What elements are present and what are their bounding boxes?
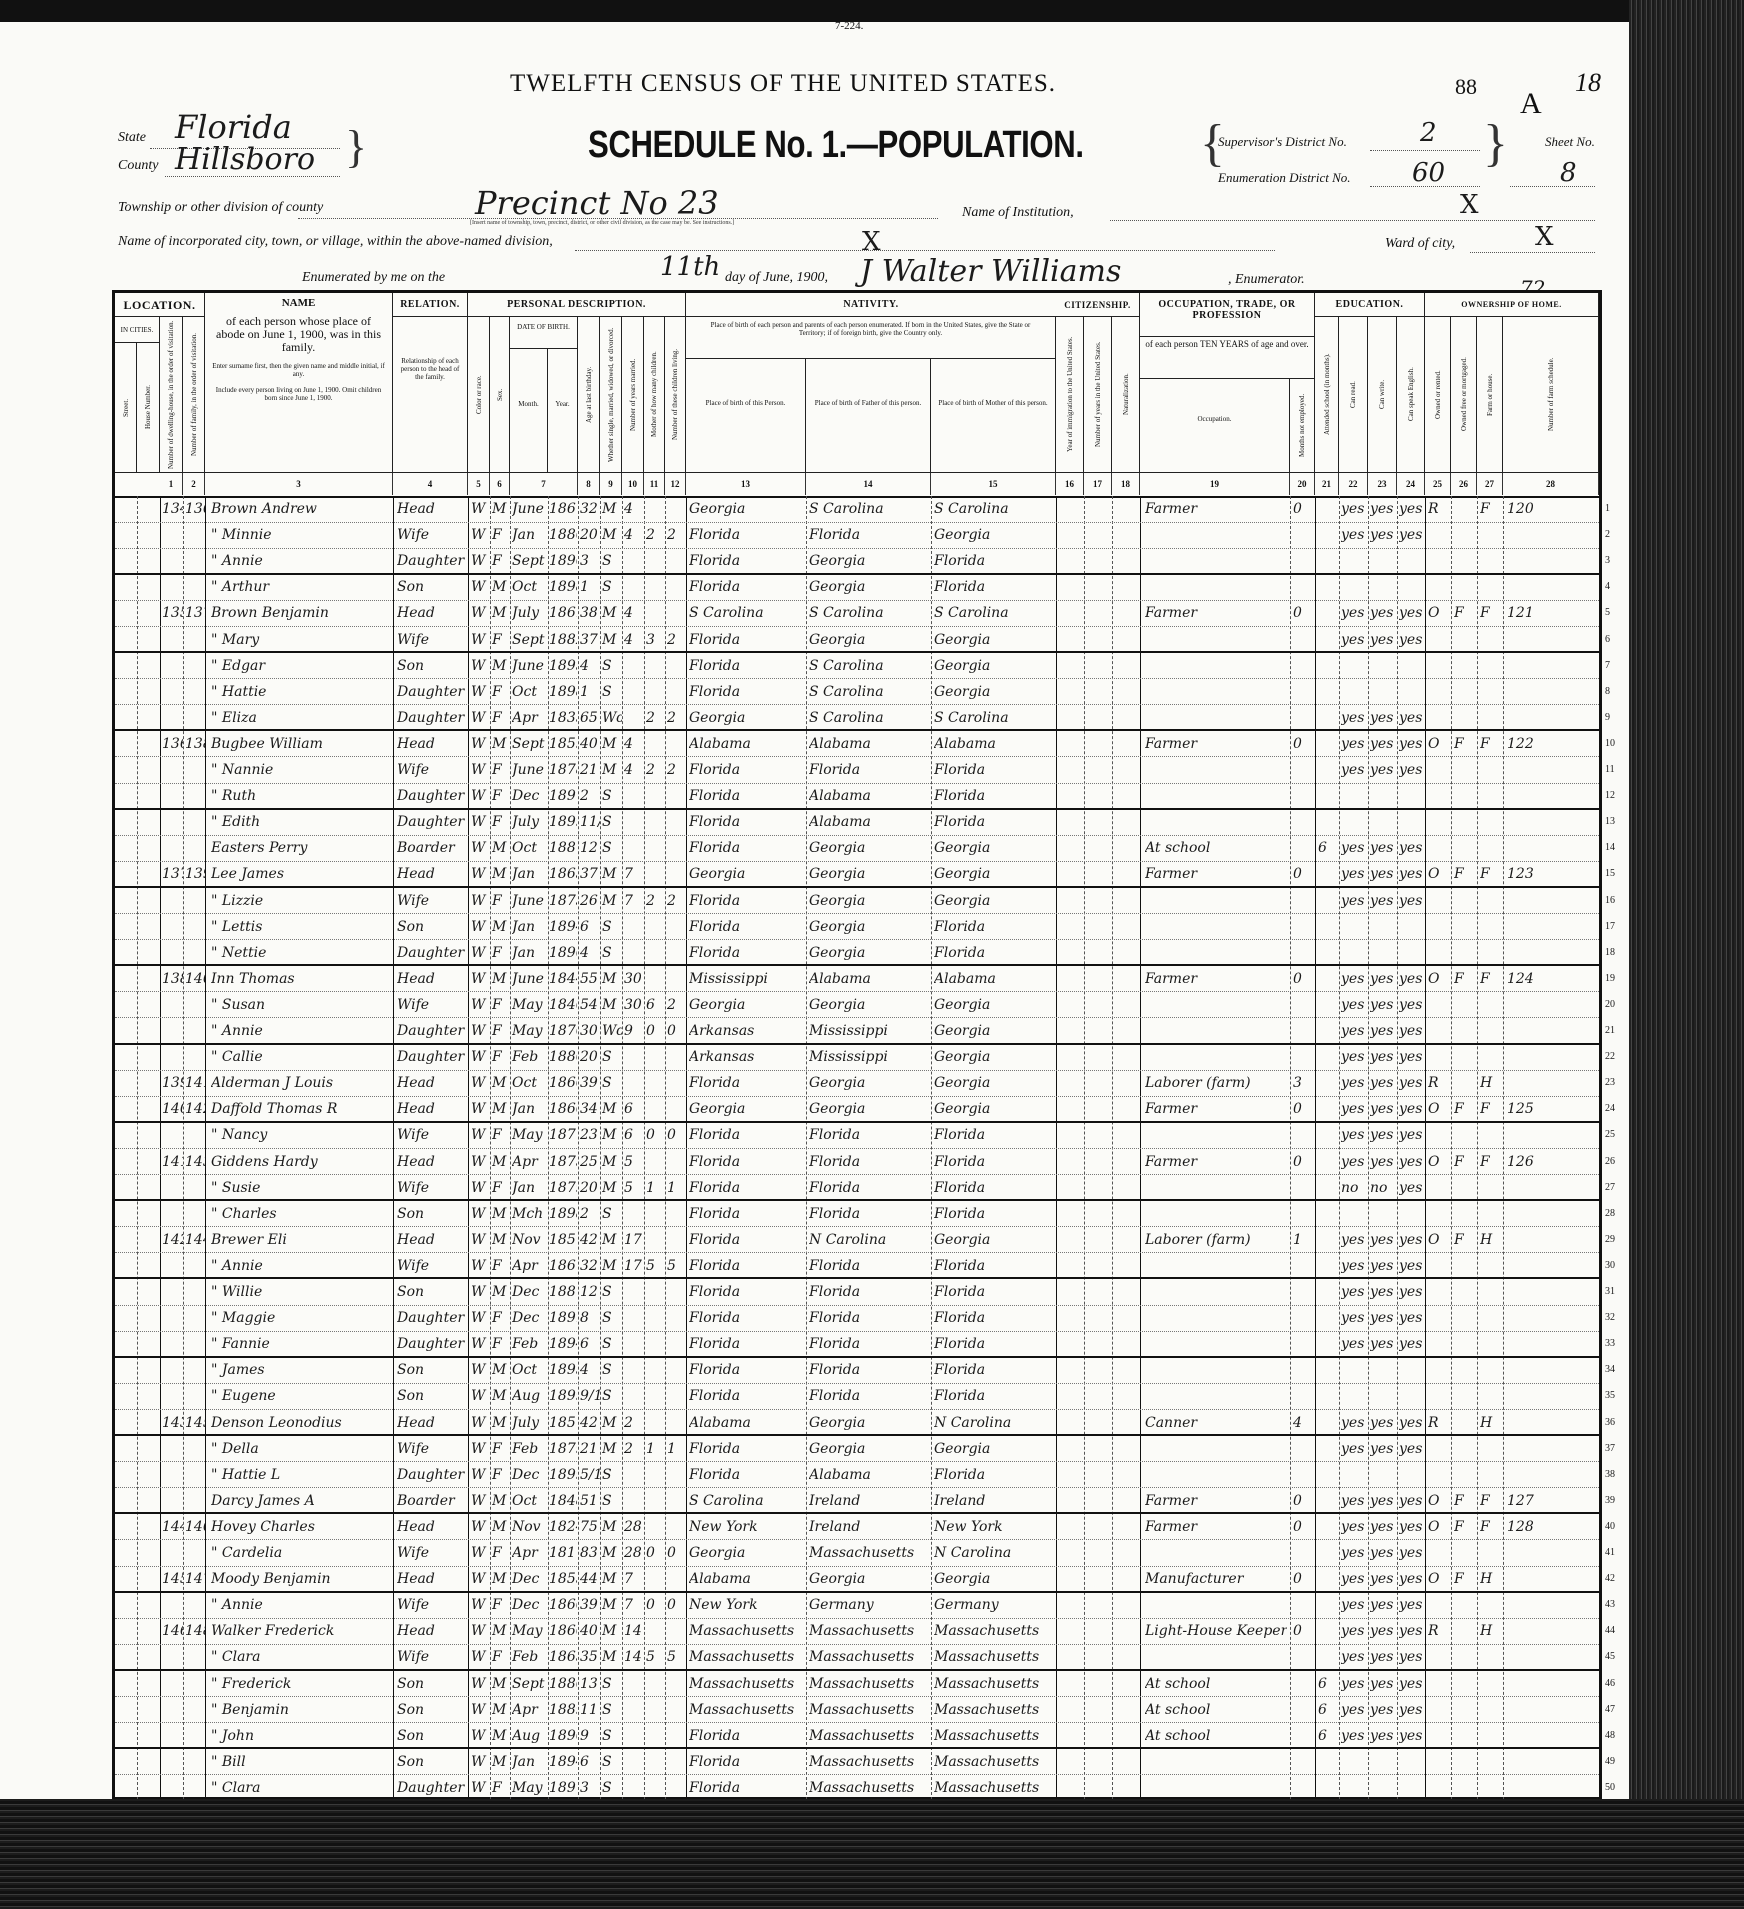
cell-month: June <box>512 888 547 914</box>
cell-farm <box>1480 783 1502 809</box>
cell-month: Aug <box>512 1383 547 1409</box>
header-family-number: Number of family, in the order of visita… <box>190 317 198 472</box>
cell-relation: Daughter <box>397 548 467 574</box>
cell-name: " Willie <box>211 1279 391 1305</box>
cell-sex: M <box>492 966 509 992</box>
cell-name: " Eliza <box>211 705 391 731</box>
table-row: " MaggieDaughterWFDec18918SFloridaFlorid… <box>115 1305 1599 1332</box>
header-mother-of: Mother of how many children. <box>650 317 658 472</box>
cell-schedule <box>1507 1331 1597 1357</box>
cell-speak: yes <box>1399 1305 1425 1331</box>
line-number: 43 <box>1605 1592 1625 1618</box>
cell-month: Dec <box>512 1305 547 1331</box>
cell-father: Massachusetts <box>809 1775 929 1801</box>
cell-living <box>667 1331 685 1357</box>
cell-living <box>667 1383 685 1409</box>
cell-occupation <box>1145 1540 1287 1566</box>
cell-yrs-married: 7 <box>624 1592 644 1618</box>
cell-birth: Mississippi <box>689 966 805 992</box>
header-year: Year. <box>548 349 578 473</box>
cell-birth: Georgia <box>689 705 805 731</box>
cell-occupation <box>1145 992 1287 1018</box>
cell-schedule <box>1507 1566 1597 1592</box>
cell-family <box>185 992 205 1018</box>
cell-mother: Georgia <box>934 835 1054 861</box>
cell-occupation <box>1145 888 1287 914</box>
cell-month: Dec <box>512 1279 547 1305</box>
cell-mother: Massachusetts <box>934 1644 1054 1670</box>
cell-free: F <box>1454 1096 1476 1122</box>
cell-owned <box>1428 1122 1450 1148</box>
cell-read <box>1341 1775 1368 1801</box>
cell-marital: S <box>602 1201 622 1227</box>
cell-school <box>1318 783 1338 809</box>
cell-name: Inn Thomas <box>211 966 391 992</box>
cell-mother: Florida <box>934 1357 1054 1383</box>
ward-label: Ward of city, <box>1385 236 1455 252</box>
cell-yrs-married: 14 <box>624 1618 644 1644</box>
cell-father: Georgia <box>809 861 929 887</box>
cell-school: 6 <box>1318 1697 1338 1723</box>
cell-birth: Florida <box>689 522 805 548</box>
cell-marital: M <box>602 496 622 522</box>
cell-schedule: 121 <box>1507 600 1597 626</box>
cell-marital: S <box>602 1671 622 1697</box>
cell-mother-of <box>646 861 664 887</box>
cell-relation: Daughter <box>397 809 467 835</box>
cell-color: W <box>471 1357 489 1383</box>
cell-year: 1867 <box>549 1253 577 1279</box>
cell-sex: M <box>492 1383 509 1409</box>
cell-schedule <box>1507 1279 1597 1305</box>
cell-occupation <box>1145 1644 1287 1670</box>
cell-living <box>667 1462 685 1488</box>
cell-living <box>667 783 685 809</box>
cell-age: 11 <box>580 1697 600 1723</box>
county-value: Hillsboro <box>175 142 315 177</box>
cell-occupation <box>1145 914 1287 940</box>
cell-relation: Son <box>397 1279 467 1305</box>
header-birth-mother: Place of birth of Mother of this person. <box>931 359 1056 473</box>
cell-speak: yes <box>1399 1488 1425 1514</box>
cell-month: Sept <box>512 1671 547 1697</box>
cell-month: July <box>512 600 547 626</box>
cell-schedule <box>1507 548 1597 574</box>
cell-month: Sept <box>512 731 547 757</box>
cell-father: Massachusetts <box>809 1618 929 1644</box>
cell-farm <box>1480 574 1502 600</box>
cell-living <box>667 1201 685 1227</box>
table-row: " NettieDaughterWFJan18964SFloridaGeorgi… <box>115 940 1599 967</box>
cell-name: " Nannie <box>211 757 391 783</box>
cell-yrs-married <box>624 1070 644 1096</box>
cell-school <box>1318 1201 1338 1227</box>
cell-marital: S <box>602 1723 622 1749</box>
cell-unemployed <box>1293 627 1313 653</box>
cell-family <box>185 1175 205 1201</box>
cell-speak: yes <box>1399 1279 1425 1305</box>
line-number: 21 <box>1605 1018 1625 1044</box>
table-row: " HattieDaughterWFOct18981SFloridaS Caro… <box>115 679 1599 706</box>
cell-occupation: Farmer <box>1145 1514 1287 1540</box>
line-number: 38 <box>1605 1462 1625 1488</box>
cell-schedule <box>1507 1592 1597 1618</box>
cell-farm: F <box>1480 600 1502 626</box>
cell-schedule: 120 <box>1507 496 1597 522</box>
cell-father: Alabama <box>809 783 929 809</box>
cell-father: S Carolina <box>809 679 929 705</box>
cell-write: yes <box>1370 835 1397 861</box>
header-education: EDUCATION. <box>1315 293 1425 317</box>
cell-sex: F <box>492 783 509 809</box>
schedule-title: SCHEDULE No. 1.—POPULATION. <box>588 124 1084 167</box>
cell-school <box>1318 1044 1338 1070</box>
cell-read: yes <box>1341 496 1368 522</box>
city-value: X <box>862 227 881 257</box>
institution-value: X <box>1460 190 1479 220</box>
cell-marital: S <box>602 1070 622 1096</box>
cell-yrs-married <box>624 1488 644 1514</box>
cell-father: Georgia <box>809 627 929 653</box>
cell-birth: Florida <box>689 1383 805 1409</box>
cell-read <box>1341 1749 1368 1775</box>
header-free-mortgaged: Owned free or mortgaged. <box>1460 317 1468 472</box>
cell-occupation <box>1145 1279 1287 1305</box>
cell-farm <box>1480 1462 1502 1488</box>
header-can-read: Can read. <box>1349 317 1357 472</box>
cell-occupation <box>1145 574 1287 600</box>
cell-relation: Head <box>397 1227 467 1253</box>
enumeration-value: 60 <box>1412 158 1445 188</box>
cell-read: yes <box>1341 522 1368 548</box>
cell-year: 1835 <box>549 705 577 731</box>
cell-mother: Georgia <box>934 653 1054 679</box>
cell-marital: S <box>602 1305 622 1331</box>
line-number: 45 <box>1605 1644 1625 1670</box>
cell-occupation: At school <box>1145 835 1287 861</box>
cell-occupation <box>1145 1175 1287 1201</box>
cell-year: 1879 <box>549 1436 577 1462</box>
cell-occupation <box>1145 1331 1287 1357</box>
cell-schedule <box>1507 809 1597 835</box>
cell-speak: yes <box>1399 1253 1425 1279</box>
cell-living <box>667 914 685 940</box>
cell-dwelling <box>162 1671 183 1697</box>
cell-occupation <box>1145 757 1287 783</box>
cell-free <box>1454 679 1476 705</box>
cell-color: W <box>471 1540 489 1566</box>
cell-month: Oct <box>512 1070 547 1096</box>
cell-father: Florida <box>809 1253 929 1279</box>
cell-marital: S <box>602 1775 622 1801</box>
cell-age: 42 <box>580 1227 600 1253</box>
cell-write <box>1370 809 1397 835</box>
cell-father: Alabama <box>809 1462 929 1488</box>
cell-name: Giddens Hardy <box>211 1149 391 1175</box>
cell-schedule <box>1507 757 1597 783</box>
cell-unemployed <box>1293 1383 1313 1409</box>
cell-month: Jan <box>512 1175 547 1201</box>
cell-mother-of <box>646 600 664 626</box>
cell-write: yes <box>1370 1253 1397 1279</box>
cell-read: yes <box>1341 1044 1368 1070</box>
cell-relation: Wife <box>397 1175 467 1201</box>
cell-color: W <box>471 1644 489 1670</box>
cell-unemployed <box>1293 1018 1313 1044</box>
cell-family: 142 <box>185 1096 205 1122</box>
supervisor-value: 2 <box>1420 118 1437 148</box>
cell-farm <box>1480 888 1502 914</box>
supervisor-label: Supervisor's District No. <box>1218 134 1347 150</box>
cell-relation: Head <box>397 1149 467 1175</box>
cell-family <box>185 1775 205 1801</box>
cell-month: Jan <box>512 522 547 548</box>
cell-birth: Florida <box>689 1775 805 1801</box>
cell-family: 140 <box>185 966 205 992</box>
cell-year: 1898 <box>549 679 577 705</box>
cell-school: 6 <box>1318 835 1338 861</box>
cell-color: W <box>471 1044 489 1070</box>
cell-birth: Florida <box>689 1122 805 1148</box>
cell-month: Apr <box>512 705 547 731</box>
cell-speak: yes <box>1399 1410 1425 1436</box>
cell-father: Florida <box>809 1149 929 1175</box>
cell-name: " Hattie L <box>211 1462 391 1488</box>
cell-color: W <box>471 861 489 887</box>
cell-free <box>1454 783 1476 809</box>
cell-dwelling <box>162 1644 183 1670</box>
cell-age: 23 <box>580 1122 600 1148</box>
cell-marital: S <box>602 1462 622 1488</box>
cell-free <box>1454 1697 1476 1723</box>
cell-living <box>667 1514 685 1540</box>
cell-yrs-married: 4 <box>624 627 644 653</box>
cell-color: W <box>471 1149 489 1175</box>
cell-mother-of <box>646 1462 664 1488</box>
cell-free <box>1454 627 1476 653</box>
cell-speak: yes <box>1399 1618 1425 1644</box>
cell-sex: F <box>492 627 509 653</box>
cell-read: yes <box>1341 1279 1368 1305</box>
cell-family <box>185 1723 205 1749</box>
cell-month: May <box>512 992 547 1018</box>
cell-family <box>185 809 205 835</box>
header-naturalization: Naturalization. <box>1122 317 1130 472</box>
cell-living <box>667 1775 685 1801</box>
cell-family <box>185 627 205 653</box>
cell-name: " Lizzie <box>211 888 391 914</box>
cell-dwelling <box>162 653 183 679</box>
cell-dwelling <box>162 914 183 940</box>
cell-mother: Georgia <box>934 1436 1054 1462</box>
cell-write <box>1370 548 1397 574</box>
cell-living <box>667 600 685 626</box>
cell-year: 1866 <box>549 1096 577 1122</box>
cell-father: Mississippi <box>809 1018 929 1044</box>
cell-family <box>185 1357 205 1383</box>
cell-school <box>1318 940 1338 966</box>
cell-owned <box>1428 1201 1450 1227</box>
form-number: 7-224. <box>835 20 863 32</box>
cell-unemployed <box>1293 1331 1313 1357</box>
cell-birth: Georgia <box>689 496 805 522</box>
cell-unemployed: 0 <box>1293 966 1313 992</box>
cell-age: 20 <box>580 1175 600 1201</box>
cell-read: yes <box>1341 1488 1368 1514</box>
cell-marital: S <box>602 679 622 705</box>
cell-color: W <box>471 679 489 705</box>
cell-mother: New York <box>934 1514 1054 1540</box>
cell-family <box>185 679 205 705</box>
cell-write: yes <box>1370 627 1397 653</box>
cell-yrs-married: 5 <box>624 1149 644 1175</box>
cell-dwelling <box>162 522 183 548</box>
cell-write: yes <box>1370 496 1397 522</box>
table-row: " MinnieWifeWFJan188020M422FloridaFlorid… <box>115 522 1599 549</box>
cell-unemployed <box>1293 1436 1313 1462</box>
cell-year: 1899 <box>549 1383 577 1409</box>
header-marital: Whether single, married, widowed, or div… <box>607 317 615 472</box>
cell-name: " Hattie <box>211 679 391 705</box>
line-number: 8 <box>1605 679 1625 705</box>
cell-owned: O <box>1428 1149 1450 1175</box>
cell-color: W <box>471 1175 489 1201</box>
cell-marital: M <box>602 627 622 653</box>
cell-sex: M <box>492 574 509 600</box>
cell-year: 1891 <box>549 1305 577 1331</box>
cell-occupation <box>1145 1592 1287 1618</box>
cell-read: yes <box>1341 1618 1368 1644</box>
cell-relation: Wife <box>397 1540 467 1566</box>
cell-relation: Son <box>397 1383 467 1409</box>
cell-living <box>667 1488 685 1514</box>
cell-mother: Georgia <box>934 627 1054 653</box>
line-number: 37 <box>1605 1436 1625 1462</box>
cell-school <box>1318 1096 1338 1122</box>
cell-name: Daffold Thomas R <box>211 1096 391 1122</box>
cell-school <box>1318 548 1338 574</box>
cell-father: Georgia <box>809 1566 929 1592</box>
cell-color: W <box>471 757 489 783</box>
line-number: 6 <box>1605 627 1625 653</box>
cell-occupation: Laborer (farm) <box>1145 1227 1287 1253</box>
cell-dwelling <box>162 757 183 783</box>
cell-dwelling: 143 <box>162 1410 183 1436</box>
line-number: 12 <box>1605 783 1625 809</box>
cell-unemployed <box>1293 705 1313 731</box>
cell-name: " Callie <box>211 1044 391 1070</box>
cell-school <box>1318 809 1338 835</box>
cell-yrs-married <box>624 574 644 600</box>
cell-yrs-married <box>624 1357 644 1383</box>
table-row: Darcy James ABoarderWMOct184851SS Caroli… <box>115 1488 1599 1515</box>
cell-school <box>1318 1227 1338 1253</box>
cell-free <box>1454 1775 1476 1801</box>
enumerated-day: 11th <box>660 252 720 282</box>
cell-schedule <box>1507 835 1597 861</box>
cell-speak: yes <box>1399 1514 1425 1540</box>
cell-living <box>667 1044 685 1070</box>
cell-father: Georgia <box>809 1436 929 1462</box>
table-row: " Hattie LDaughterWFDec18995/12SFloridaA… <box>115 1462 1599 1489</box>
cell-unemployed <box>1293 1279 1313 1305</box>
cell-age: 37 <box>580 861 600 887</box>
cell-marital: S <box>602 1044 622 1070</box>
cell-year: 1894 <box>549 1331 577 1357</box>
cell-speak: yes <box>1399 1697 1425 1723</box>
cell-sex: F <box>492 888 509 914</box>
cell-unemployed <box>1293 940 1313 966</box>
cell-farm <box>1480 548 1502 574</box>
cell-owned <box>1428 1305 1450 1331</box>
cell-unemployed <box>1293 1723 1313 1749</box>
cell-year: 1877 <box>549 1122 577 1148</box>
cell-school <box>1318 705 1338 731</box>
cell-write: yes <box>1370 1410 1397 1436</box>
cell-living: 5 <box>667 1644 685 1670</box>
cell-birth: Georgia <box>689 1096 805 1122</box>
cell-occupation: Laborer (farm) <box>1145 1070 1287 1096</box>
cell-dwelling: 144 <box>162 1514 183 1540</box>
cell-write: yes <box>1370 1488 1397 1514</box>
cell-relation: Daughter <box>397 1305 467 1331</box>
cell-mother-of <box>646 1279 664 1305</box>
cell-occupation: Farmer <box>1145 1149 1287 1175</box>
cell-read: yes <box>1341 757 1368 783</box>
line-number: 5 <box>1605 600 1625 626</box>
cell-relation: Wife <box>397 1122 467 1148</box>
cell-father: Georgia <box>809 574 929 600</box>
cell-family: 143 <box>185 1149 205 1175</box>
cell-school <box>1318 522 1338 548</box>
cell-relation: Head <box>397 861 467 887</box>
cell-year: 1817 <box>549 1540 577 1566</box>
cell-name: Alderman J Louis <box>211 1070 391 1096</box>
table-row: " RuthDaughterWFDec18972SFloridaAlabamaF… <box>115 783 1599 810</box>
cell-birth: Florida <box>689 1070 805 1096</box>
cell-living <box>667 731 685 757</box>
sheet-label: Sheet No. <box>1545 134 1595 150</box>
cell-schedule <box>1507 1723 1597 1749</box>
cell-owned <box>1428 1331 1450 1357</box>
cell-color: W <box>471 1462 489 1488</box>
cell-free <box>1454 1253 1476 1279</box>
cell-age: 40 <box>580 1618 600 1644</box>
cell-family <box>185 1671 205 1697</box>
header-sex: Sex. <box>496 317 504 472</box>
cell-read: yes <box>1341 888 1368 914</box>
township-value: Precinct No 23 <box>475 184 719 222</box>
line-number: 24 <box>1605 1096 1625 1122</box>
cell-father: Florida <box>809 1175 929 1201</box>
cell-farm <box>1480 522 1502 548</box>
cell-dwelling: 146 <box>162 1618 183 1644</box>
cell-color: W <box>471 1436 489 1462</box>
stamp-handwritten: 18 <box>1575 68 1601 98</box>
cell-owned <box>1428 835 1450 861</box>
cell-schedule <box>1507 627 1597 653</box>
cell-write: yes <box>1370 1305 1397 1331</box>
cell-yrs-married <box>624 1044 644 1070</box>
cell-unemployed <box>1293 1592 1313 1618</box>
cell-schedule: 124 <box>1507 966 1597 992</box>
cell-marital: M <box>602 992 622 1018</box>
cell-free <box>1454 888 1476 914</box>
cell-marital: M <box>602 861 622 887</box>
cell-speak <box>1399 809 1425 835</box>
enumeration-label: Enumeration District No. <box>1218 170 1351 186</box>
cell-free <box>1454 1201 1476 1227</box>
